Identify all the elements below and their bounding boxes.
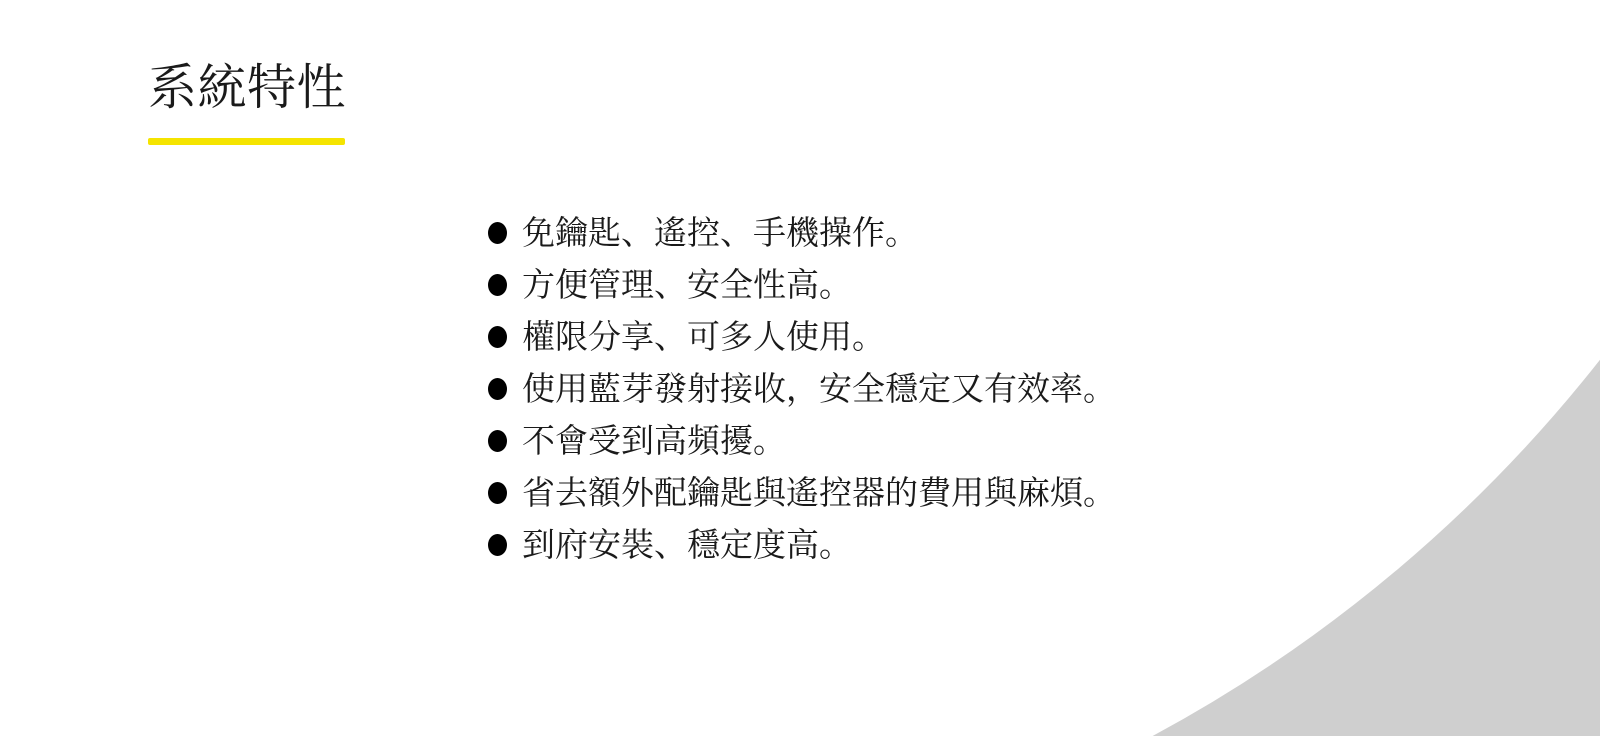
list-item: 使用藍芽發射接收，安全穩定又有效率。 [488,363,1116,415]
feature-list: 免鑰匙、遙控、手機操作。 方便管理、安全性高。 權限分享、可多人使用。 使用藍芽… [488,207,1116,571]
feature-text: 到府安裝、穩定度高。 [522,519,852,571]
feature-text: 使用藍芽發射接收，安全穩定又有效率。 [522,363,1116,415]
page-title: 系統特性 [148,60,346,116]
list-item: 不會受到高頻擾。 [488,415,1116,467]
bullet-icon [488,534,507,556]
corner-curve-shape [1153,360,1600,736]
list-item: 權限分享、可多人使用。 [488,311,1116,363]
list-item: 到府安裝、穩定度高。 [488,519,1116,571]
feature-text: 不會受到高頻擾。 [522,415,786,467]
bullet-icon [488,326,507,348]
list-item: 省去額外配鑰匙與遙控器的費用與麻煩。 [488,467,1116,519]
feature-text: 方便管理、安全性高。 [522,259,852,311]
bullet-icon [488,378,507,400]
feature-text: 省去額外配鑰匙與遙控器的費用與麻煩。 [522,467,1116,519]
bullet-icon [488,482,507,504]
list-item: 方便管理、安全性高。 [488,259,1116,311]
feature-text: 免鑰匙、遙控、手機操作。 [522,207,918,259]
bullet-icon [488,274,507,296]
title-underline-accent [148,138,345,145]
presentation-slide: 系統特性 免鑰匙、遙控、手機操作。 方便管理、安全性高。 權限分享、可多人使用。… [0,0,1600,736]
bullet-icon [488,430,507,452]
list-item: 免鑰匙、遙控、手機操作。 [488,207,1116,259]
slide-header: 系統特性 [148,60,346,145]
feature-text: 權限分享、可多人使用。 [522,311,885,363]
bullet-icon [488,222,507,244]
